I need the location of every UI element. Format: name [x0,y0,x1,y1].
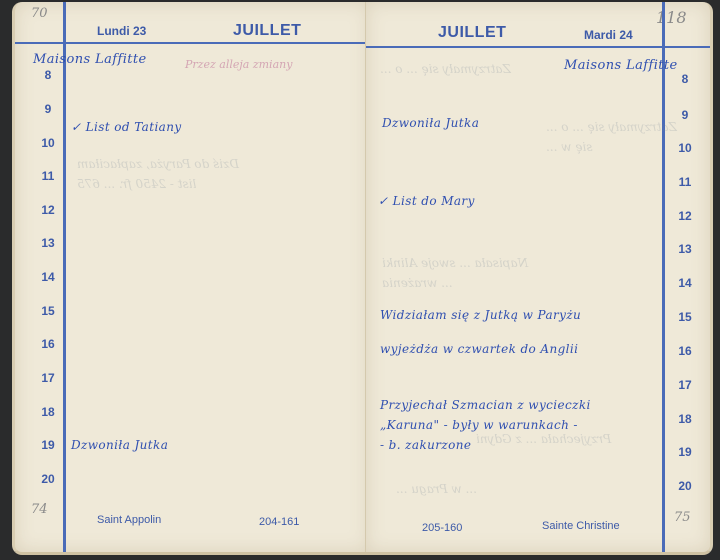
left-hour-16: 16 [37,337,59,351]
right-bleed-through-2: Zatrzymały się ... o ... [546,120,677,134]
left-hour-8: 8 [37,68,59,82]
left-day-label: Lundi 23 [97,24,146,38]
left-entry-19: Dzwoniła Jutka [71,438,168,452]
right-day-label: Mardi 24 [584,28,633,42]
right-bleed-through-6: Przyjechała ... z Gdyni [476,432,611,446]
right-hour-9: 9 [674,108,696,122]
right-entry-17: Przyjechał Szmacian z wycieczki [380,398,591,412]
left-page: 70 Lundi 23 JUILLET Maisons Laffitte Prz… [12,2,369,555]
right-saint-name: Sainte Christine [542,520,620,532]
left-hour-15: 15 [37,304,59,318]
left-pencil-page-number-bottom: 74 [31,502,48,517]
left-hour-18: 18 [37,405,59,419]
right-hour-18: 18 [674,412,696,426]
right-bleed-through-7: ... w Pragu ... [396,482,477,496]
left-month: JUILLET [233,22,301,40]
right-location: Maisons Laffitte [564,58,678,73]
left-entry-9: ✓ List od Tatiany [71,120,182,134]
left-bleed-through-pink: Przez alleja zmiany [185,58,292,71]
right-bleed-through-3: się w ... [546,140,592,154]
left-saint-name: Saint Appolin [97,514,161,526]
right-hour-11: 11 [674,175,696,189]
left-day-count: 204-161 [259,516,299,528]
right-entry-9: Dzwoniła Jutka [382,116,479,130]
open-diary: 70 Lundi 23 JUILLET Maisons Laffitte Prz… [10,2,712,556]
right-header-rule [366,46,710,48]
right-hour-margin-rule [662,2,665,552]
right-day-count: 205-160 [422,522,462,534]
right-bleed-through-5: ... wrażenia [382,276,453,290]
right-entry-15: Widziałam się z Jutką w Paryżu [380,308,581,322]
right-bleed-through-4: Napisała ... swoje Alinki [382,256,528,270]
right-hour-17: 17 [674,378,696,392]
right-hour-16: 16 [674,344,696,358]
left-hour-14: 14 [37,270,59,284]
right-hour-12: 12 [674,209,696,223]
left-hour-10: 10 [37,136,59,150]
right-bleed-through-1: Zatrzymały się ... o ... [380,62,511,76]
right-hour-8: 8 [674,72,696,86]
left-hour-11: 11 [37,169,59,183]
left-hour-13: 13 [37,236,59,250]
left-hour-19: 19 [37,438,59,452]
right-hour-14: 14 [674,276,696,290]
right-pencil-page-number-top: 118 [656,8,687,27]
right-entry-19: - b. zakurzone [380,438,471,452]
right-hour-19: 19 [674,445,696,459]
right-hour-15: 15 [674,310,696,324]
left-hour-12: 12 [37,203,59,217]
left-bleed-through-1: Dziś do Paryża, zapłaciłam [77,157,239,171]
left-hour-20: 20 [37,472,59,486]
right-hour-10: 10 [674,141,696,155]
right-hour-20: 20 [674,479,696,493]
right-entry-11: ✓ List do Mary [378,194,475,208]
right-hour-13: 13 [674,242,696,256]
right-entry-18: „Karuna" - były w warunkach - [380,418,578,432]
left-bleed-through-2: list - 2450 fr. ... 675 [77,177,196,191]
left-header-rule [15,42,369,44]
left-location: Maisons Laffitte [33,52,147,67]
left-hour-17: 17 [37,371,59,385]
right-entry-16: wyjeżdża w czwartek do Anglii [380,342,578,356]
left-pencil-page-number-top: 70 [31,6,48,21]
right-page: 118 JUILLET Mardi 24 Maisons Laffitte 8 … [366,2,713,555]
right-pencil-page-number-bottom: 75 [674,510,691,525]
left-hour-margin-rule [63,2,66,552]
left-hour-9: 9 [37,102,59,116]
right-month: JUILLET [438,24,506,42]
